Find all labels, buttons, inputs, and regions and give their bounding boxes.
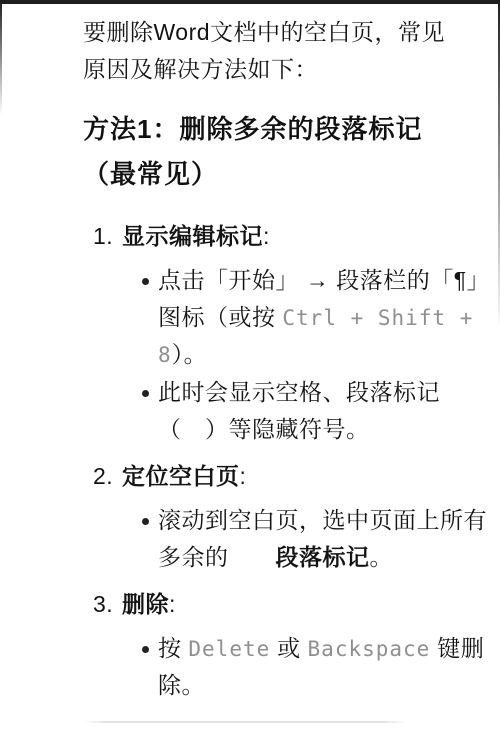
text-segment: 滚动到空白页，选中页面上所有 bbox=[158, 507, 487, 533]
bullet-dot-icon bbox=[142, 278, 149, 285]
bullet-dot-icon bbox=[142, 518, 149, 525]
step-3-label-line: 3.删除: bbox=[122, 586, 500, 623]
step-1-label: 显示编辑标记 bbox=[122, 223, 263, 249]
bullet-line: 此时会显示空格、段落标记 bbox=[158, 374, 500, 411]
inline-code-ctrl-shift: Ctrl + Shift + bbox=[282, 306, 473, 330]
inline-code-8: 8 bbox=[158, 343, 172, 367]
bullet-line: （ ）等隐藏符号。 bbox=[158, 411, 500, 448]
bullet-line: 多余的 段落标记。 bbox=[158, 539, 500, 576]
intro-line-1: 要删除Word文档中的空白页，常见 bbox=[83, 14, 500, 51]
step-1-label-line: 1.显示编辑标记: bbox=[122, 218, 500, 255]
message-divider bbox=[83, 721, 407, 723]
bullet-line: 点击「开始」 → 段落栏的「¶」 bbox=[158, 262, 500, 299]
intro-line-2: 原因及解决方法如下： bbox=[83, 51, 500, 88]
text-segment: 此时会显示空格、段落标记 bbox=[158, 379, 440, 405]
list-item-3: 3.删除: 按 Delete 或 Backspace 键删 除。 bbox=[83, 586, 500, 704]
text-segment: ）。 bbox=[172, 341, 208, 367]
bold-segment: 段落标记 bbox=[276, 544, 370, 570]
step-3-bullet-list: 按 Delete 或 Backspace 键删 除。 bbox=[158, 630, 500, 704]
step-2-colon: : bbox=[240, 463, 247, 489]
bullet-line: 滚动到空白页，选中页面上所有 bbox=[158, 502, 500, 539]
step-2-label-line: 2.定位空白页: bbox=[122, 458, 500, 495]
list-item-2: 2.定位空白页: 滚动到空白页，选中页面上所有 多余的 段落标记。 bbox=[83, 458, 500, 576]
step-3-label: 删除 bbox=[122, 591, 169, 617]
text-segment: 点击「开始」 → 段落栏的「¶」 bbox=[158, 267, 490, 293]
inline-code-delete: Delete bbox=[188, 637, 270, 661]
step-1-bullet-list: 点击「开始」 → 段落栏的「¶」 图标（或按 Ctrl + Shift + 8）… bbox=[158, 262, 500, 448]
intro-paragraph: 要删除Word文档中的空白页，常见 原因及解决方法如下： bbox=[83, 14, 500, 88]
bullet-item: 此时会显示空格、段落标记 （ ）等隐藏符号。 bbox=[158, 374, 500, 448]
bullet-line: 按 Delete 或 Backspace 键删 bbox=[158, 630, 500, 667]
text-segment: 图标（或按 bbox=[158, 304, 282, 330]
text-segment: 除。 bbox=[158, 672, 205, 698]
bullet-item: 点击「开始」 → 段落栏的「¶」 图标（或按 Ctrl + Shift + 8）… bbox=[158, 262, 500, 373]
bullet-dot-icon bbox=[142, 646, 149, 653]
step-1-colon: : bbox=[263, 223, 270, 249]
list-marker-2: 2. bbox=[93, 458, 113, 495]
heading-line-2: （最常见） bbox=[83, 152, 500, 197]
step-2-label: 定位空白页 bbox=[122, 463, 240, 489]
list-marker-1: 1. bbox=[93, 218, 113, 255]
bullet-line: 除。 bbox=[158, 667, 500, 704]
text-segment: 。 bbox=[370, 544, 394, 570]
step-3-colon: : bbox=[169, 591, 176, 617]
assistant-message: 要删除Word文档中的空白页，常见 原因及解决方法如下： 方法1：删除多余的段落… bbox=[0, 0, 500, 723]
text-segment: （ ）等隐藏符号。 bbox=[158, 416, 370, 442]
bullet-dot-icon bbox=[142, 390, 149, 397]
text-segment: 键删 bbox=[430, 635, 484, 661]
heading-line-1: 方法1：删除多余的段落标记 bbox=[83, 107, 500, 152]
step-2-bullet-list: 滚动到空白页，选中页面上所有 多余的 段落标记。 bbox=[158, 502, 500, 576]
inline-code-backspace: Backspace bbox=[308, 637, 431, 661]
text-segment: 或 bbox=[270, 635, 307, 661]
list-marker-3: 3. bbox=[93, 586, 113, 623]
ordered-list: 1.显示编辑标记: 点击「开始」 → 段落栏的「¶」 图标（或按 Ctrl + … bbox=[83, 218, 500, 704]
list-item-1: 1.显示编辑标记: 点击「开始」 → 段落栏的「¶」 图标（或按 Ctrl + … bbox=[83, 218, 500, 448]
bullet-item: 滚动到空白页，选中页面上所有 多余的 段落标记。 bbox=[158, 502, 500, 576]
text-segment: 多余的 bbox=[158, 544, 276, 570]
bullet-line: 图标（或按 Ctrl + Shift + bbox=[158, 299, 500, 336]
section-heading: 方法1：删除多余的段落标记 （最常见） bbox=[83, 107, 500, 197]
text-segment: 按 bbox=[158, 635, 188, 661]
bullet-line: 8）。 bbox=[158, 336, 500, 373]
bullet-item: 按 Delete 或 Backspace 键删 除。 bbox=[158, 630, 500, 704]
